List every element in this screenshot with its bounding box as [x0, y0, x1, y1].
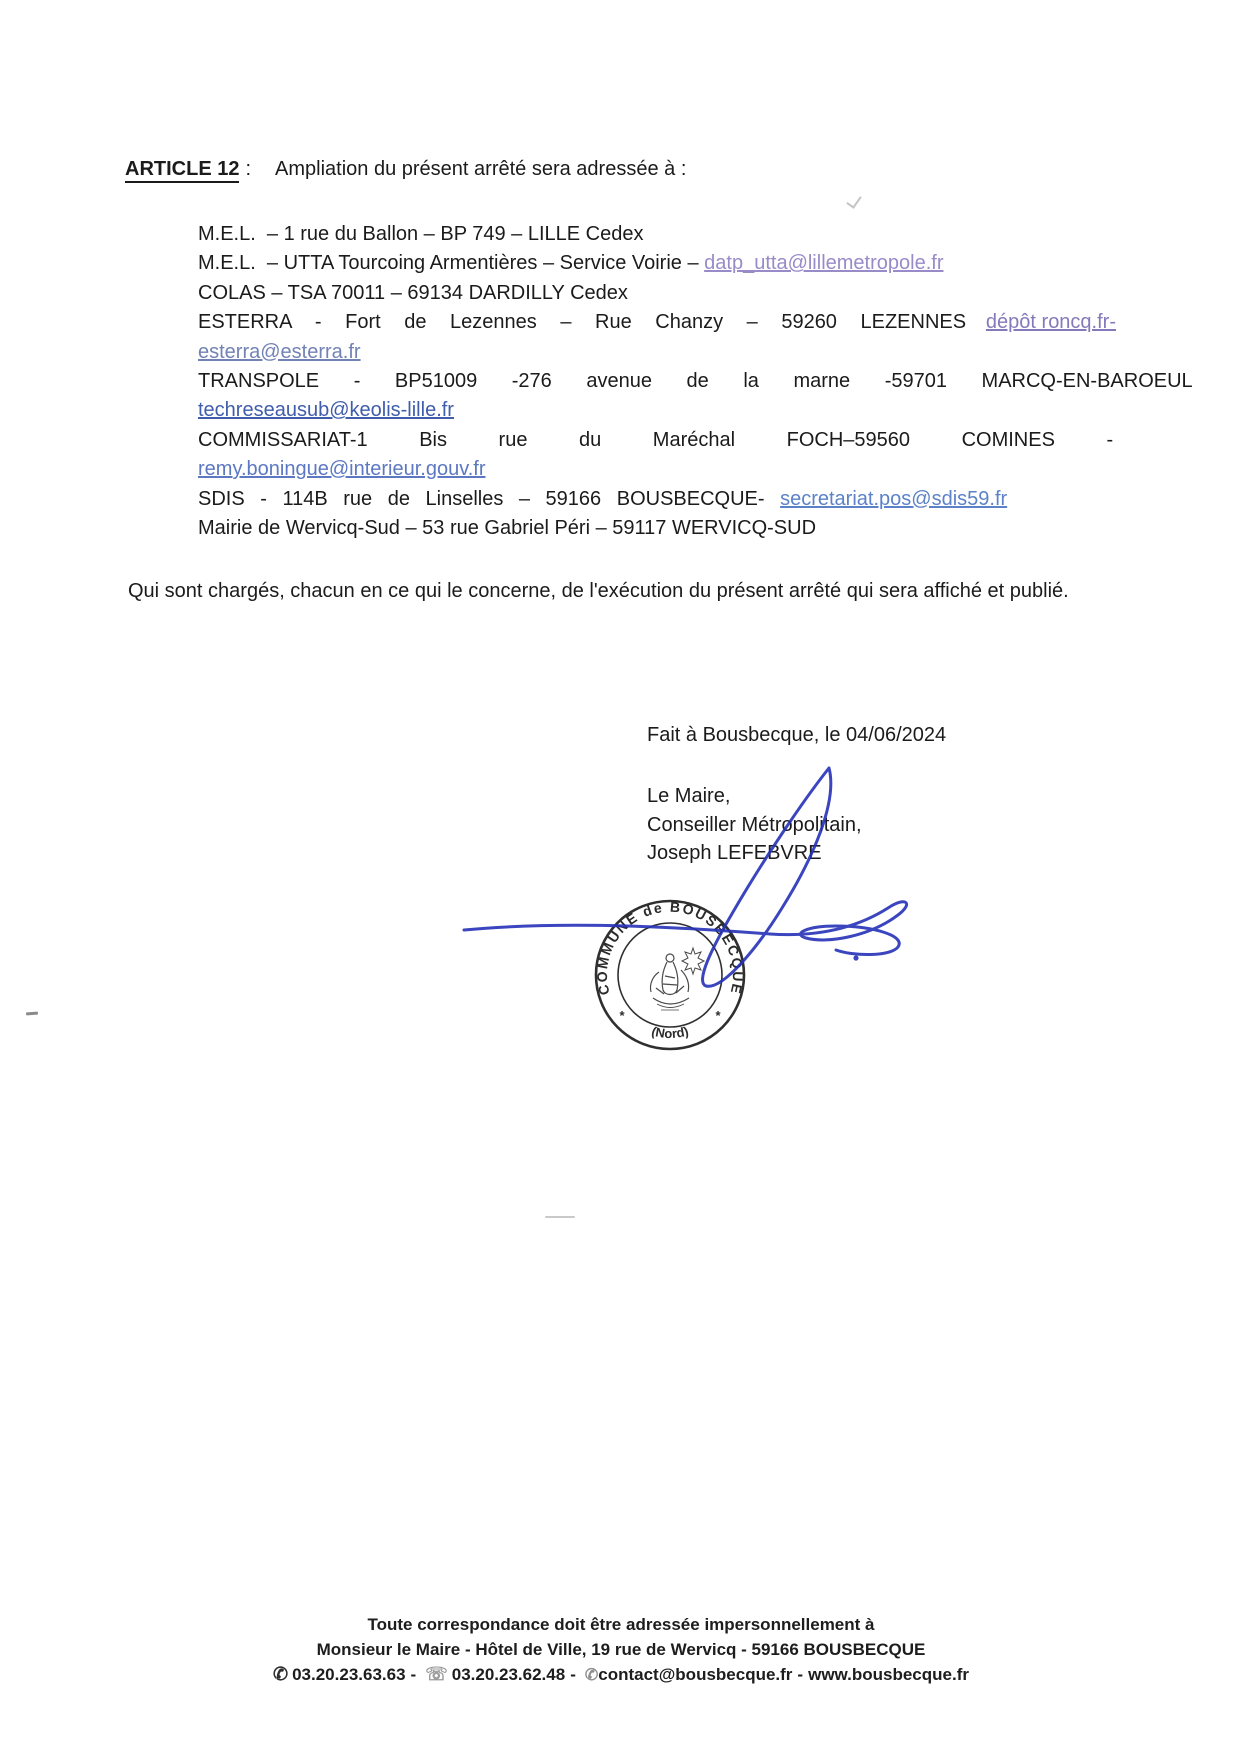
recipient-text: M.E.L. – UTTA Tourcoing Armentières – Se…: [198, 252, 704, 274]
stamp-star-right: *: [715, 1008, 721, 1023]
recipient-text: TRANSPOLE - BP51009 -276 avenue de la ma…: [198, 370, 1193, 392]
stamp-outer-ring: [596, 901, 744, 1049]
recipient-line-mairie-wervicq: Mairie de Wervicq-Sud – 53 rue Gabriel P…: [198, 514, 1116, 543]
footer-line1: Toute correspondance doit être adressée …: [0, 1613, 1242, 1638]
footer-email: contact@bousbecque.fr: [598, 1665, 792, 1684]
signature-horizontal-flourish: [464, 902, 907, 955]
footer-line2: Monsieur le Maire - Hôtel de Ville, 19 r…: [0, 1638, 1242, 1663]
stamp-emblem-icon: [650, 948, 704, 1010]
signature-ink-dot: [853, 955, 858, 960]
recipient-line-mel: M.E.L. – 1 rue du Ballon – BP 749 – LILL…: [198, 220, 1116, 249]
document-page: ARTICLE 12:Ampliation du présent arrêté …: [0, 0, 1242, 1755]
footer-fax: 03.20.23.62.48: [452, 1665, 565, 1684]
recipient-line-commissariat: COMMISSARIAT-1 Bis rue du Maréchal FOCH–…: [198, 426, 1116, 455]
article-intro-text: Ampliation du présent arrêté sera adress…: [275, 158, 686, 180]
email-link-sdis[interactable]: secretariat.pos@sdis59.fr: [780, 488, 1007, 510]
email-link-datp[interactable]: datp_utta@lillemetropole.fr: [704, 252, 943, 274]
svg-text:(Nord): (Nord): [650, 1023, 690, 1041]
article-heading: ARTICLE 12:Ampliation du présent arrêté …: [125, 158, 686, 181]
recipient-line-esterra: ESTERRA - Fort de Lezennes – Rue Chanzy …: [198, 308, 1116, 337]
recipient-line-remy-mail: remy.boningue@interieur.gouv.fr: [198, 455, 1116, 484]
recipient-line-esterra-mail: esterra@esterra.fr: [198, 338, 1116, 367]
stamp-star-left: *: [619, 1008, 625, 1023]
recipient-text: COMMISSARIAT-1 Bis rue du Maréchal FOCH–…: [198, 429, 1113, 451]
signatory-block: Le Maire, Conseiller Métropolitain, Jose…: [647, 782, 862, 868]
footer-contact-line: ✆03.20.23.63.63-☏03.20.23.62.48-✆contact…: [0, 1662, 1242, 1689]
email-link-esterra[interactable]: esterra@esterra.fr: [198, 341, 361, 363]
signatory-name: Joseph LEFEBVRE: [647, 839, 862, 868]
email-link-depot[interactable]: dépôt roncq.fr-: [986, 308, 1116, 337]
email-link-remy[interactable]: remy.boningue@interieur.gouv.fr: [198, 458, 486, 480]
footer-phone: 03.20.23.63.63: [292, 1665, 405, 1684]
recipient-text: Mairie de Wervicq-Sud – 53 rue Gabriel P…: [198, 517, 816, 539]
municipal-stamp: COMMUNE de BOUSBECQUE (Nord) * *: [593, 898, 747, 1052]
closing-paragraph: Qui sont chargés, chacun en ce qui le co…: [128, 576, 1110, 606]
email-link-keolis[interactable]: techreseausub@keolis-lille.fr: [198, 399, 454, 421]
stamp-inner-ring: [618, 923, 722, 1027]
recipient-line-mel-utta: M.E.L. – UTTA Tourcoing Armentières – Se…: [198, 249, 1116, 278]
contact-icon: ✆: [585, 1664, 598, 1689]
recipient-line-keolis-mail: techreseausub@keolis-lille.fr: [198, 396, 1116, 425]
article-label: ARTICLE 12: [125, 158, 239, 183]
recipients-list: M.E.L. – 1 rue du Ballon – BP 749 – LILL…: [198, 220, 1116, 543]
recipient-text: COLAS – TSA 70011 – 69134 DARDILLY Cedex: [198, 282, 628, 304]
date-place-line: Fait à Bousbecque, le 04/06/2024: [647, 724, 946, 747]
recipient-text: ESTERRA - Fort de Lezennes – Rue Chanzy …: [198, 308, 966, 337]
recipient-line-colas: COLAS – TSA 70011 – 69134 DARDILLY Cedex: [198, 279, 1116, 308]
scan-artifact-dash: [26, 1012, 38, 1016]
svg-text:COMMUNE de BOUSBECQUE: COMMUNE de BOUSBECQUE: [594, 899, 746, 997]
recipient-text: SDIS - 114B rue de Linselles – 59166 BOU…: [198, 488, 780, 510]
scan-artifact-dash: [545, 1216, 575, 1218]
footer-separator: -: [570, 1665, 576, 1684]
recipient-line-sdis: SDIS - 114B rue de Linselles – 59166 BOU…: [198, 485, 1116, 514]
phone-icon: ✆: [273, 1662, 288, 1687]
footer: Toute correspondance doit être adressée …: [0, 1613, 1242, 1689]
signatory-title-mayor: Le Maire,: [647, 782, 862, 811]
footer-separator: -: [797, 1665, 803, 1684]
footer-website: www.bousbecque.fr: [808, 1665, 969, 1684]
stamp-bottom-text: (Nord): [650, 1023, 690, 1041]
article-colon: :: [245, 158, 251, 180]
footer-separator: -: [411, 1665, 417, 1684]
recipient-line-transpole: TRANSPOLE - BP51009 -276 avenue de la ma…: [198, 367, 1116, 396]
recipient-text: M.E.L. – 1 rue du Ballon – BP 749 – LILL…: [198, 223, 643, 245]
fax-icon: ☏: [425, 1662, 448, 1687]
stamp-ring-text: COMMUNE de BOUSBECQUE: [594, 899, 746, 997]
scan-artifact-mark: [846, 192, 861, 209]
signatory-title-councillor: Conseiller Métropolitain,: [647, 811, 862, 840]
